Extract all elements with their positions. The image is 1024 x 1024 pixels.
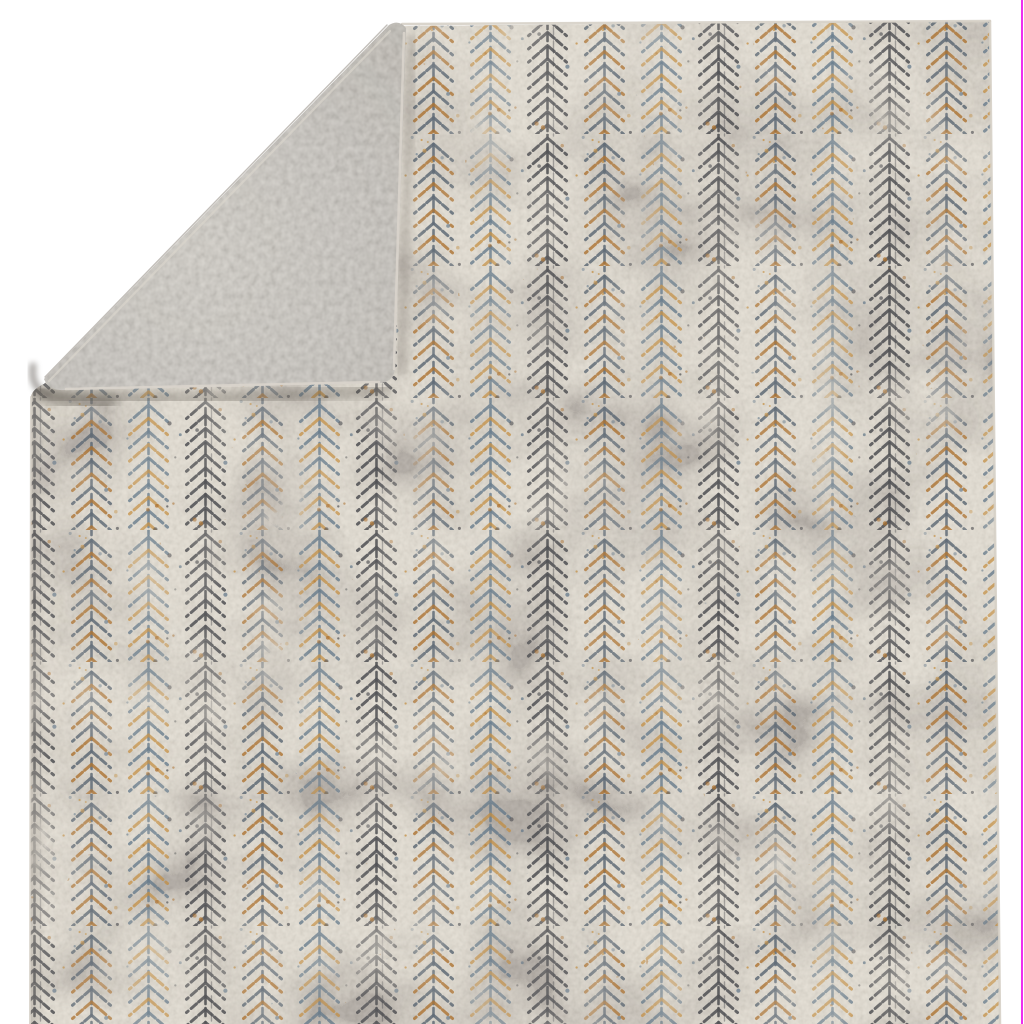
rug-photo	[0, 0, 1024, 1024]
rug-face	[0, 0, 1024, 1024]
folded-corner-flap	[20, 10, 420, 400]
rug-left-edge-shade	[31, 388, 45, 1024]
rug-left-edge-line	[30, 397, 31, 1024]
right-edge-artifact-line	[1021, 0, 1023, 1024]
white-background	[0, 0, 1024, 1024]
accent-speckles-blue	[0, 0, 1024, 1024]
